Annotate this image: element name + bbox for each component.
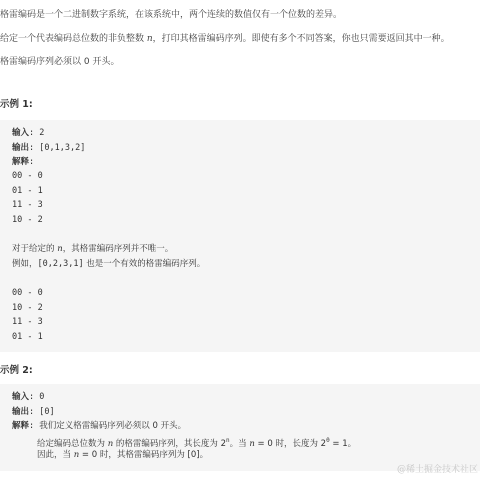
explain-label: 解释 (12, 157, 29, 167)
description-p2: 给定一个代表编码总位数的非负整数 n，打印其格雷编码序列。即使有多个不同答案，你… (0, 33, 450, 45)
example1-row: 10 - 2 (12, 214, 43, 226)
text: 给定编码总位数为 (37, 439, 108, 449)
text: 也是一个有效的格雷编码序列。 (84, 259, 206, 269)
description-p3: 格雷编码序列必须以 0 开头。 (0, 56, 119, 68)
example2-code-block: 输入: 0 输出: [0] 解释: 我们定义格雷编码序列必须以 0 开头。 给定… (0, 384, 480, 471)
input-value: 2 (39, 128, 44, 138)
text: = 0 时，其格雷编码序列为 [0]。 (79, 450, 208, 460)
example2-heading: 示例 2: (0, 362, 33, 376)
example2-input: 输入: 0 (12, 391, 44, 403)
text: ，打印其格雷编码序列。即使有多个不同答案，你也只需要返回其中一种。 (153, 34, 450, 44)
output-label: 输出 (12, 143, 29, 153)
watermark: @稀土掘金技术社区 (397, 462, 478, 475)
example2-explain-line3: 因此，当 n = 0 时，其格雷编码序列为 [0]。 (37, 449, 208, 461)
example1-alt-row: 10 - 2 (12, 302, 43, 314)
text: 给定一个代表编码总位数的非负整数 (0, 34, 147, 44)
example1-note1: 对于给定的 n，其格雷编码序列并不唯一。 (12, 243, 173, 255)
text: = 0 时，长度为 2 (255, 439, 326, 449)
example1-row: 11 - 3 (12, 199, 43, 211)
example1-row: 01 - 1 (12, 185, 43, 197)
example1-heading: 示例 1: (0, 96, 33, 110)
text: 例如， (12, 259, 38, 269)
example1-code-block: 输入: 2 输出: [0,1,3,2] 解释: 00 - 0 01 - 1 11… (0, 120, 480, 352)
text: 的格雷编码序列，其长度为 2 (113, 439, 226, 449)
text: 对于给定的 (12, 244, 57, 254)
input-label: 输入 (12, 128, 29, 138)
example1-alt-row: 01 - 1 (12, 331, 43, 343)
example2-output: 输出: [0] (12, 406, 55, 418)
text: ，其格雷编码序列并不唯一。 (63, 244, 174, 254)
example1-input: 输入: 2 (12, 127, 44, 139)
text: 因此，当 (37, 450, 74, 460)
text: = 1。 (330, 439, 356, 449)
example1-explain: 解释: (12, 156, 34, 168)
output-value: [0,1,3,2] (39, 143, 85, 153)
example1-row: 00 - 0 (12, 170, 43, 182)
code: [0,2,3,1] (38, 259, 84, 269)
input-label: 输入 (12, 392, 29, 402)
example1-output: 输出: [0,1,3,2] (12, 142, 85, 154)
output-label: 输出 (12, 407, 29, 417)
output-value: [0] (39, 407, 54, 417)
text: 。当 (230, 439, 250, 449)
explain-text: 我们定义格雷编码序列必须以 0 开头。 (39, 421, 186, 431)
example2-explain-line2: 给定编码总位数为 n 的格雷编码序列，其长度为 2n。当 n = 0 时，长度为… (37, 435, 356, 450)
description-p1: 格雷编码是一个二进制数字系统，在该系统中，两个连续的数值仅有一个位数的差异。 (0, 9, 342, 21)
explain-label: 解释 (12, 421, 29, 431)
example2-explain: 解释: 我们定义格雷编码序列必须以 0 开头。 (12, 420, 186, 432)
example1-alt-row: 00 - 0 (12, 287, 43, 299)
example1-note2: 例如，[0,2,3,1] 也是一个有效的格雷编码序列。 (12, 258, 205, 270)
input-value: 0 (39, 392, 44, 402)
example1-alt-row: 11 - 3 (12, 316, 43, 328)
